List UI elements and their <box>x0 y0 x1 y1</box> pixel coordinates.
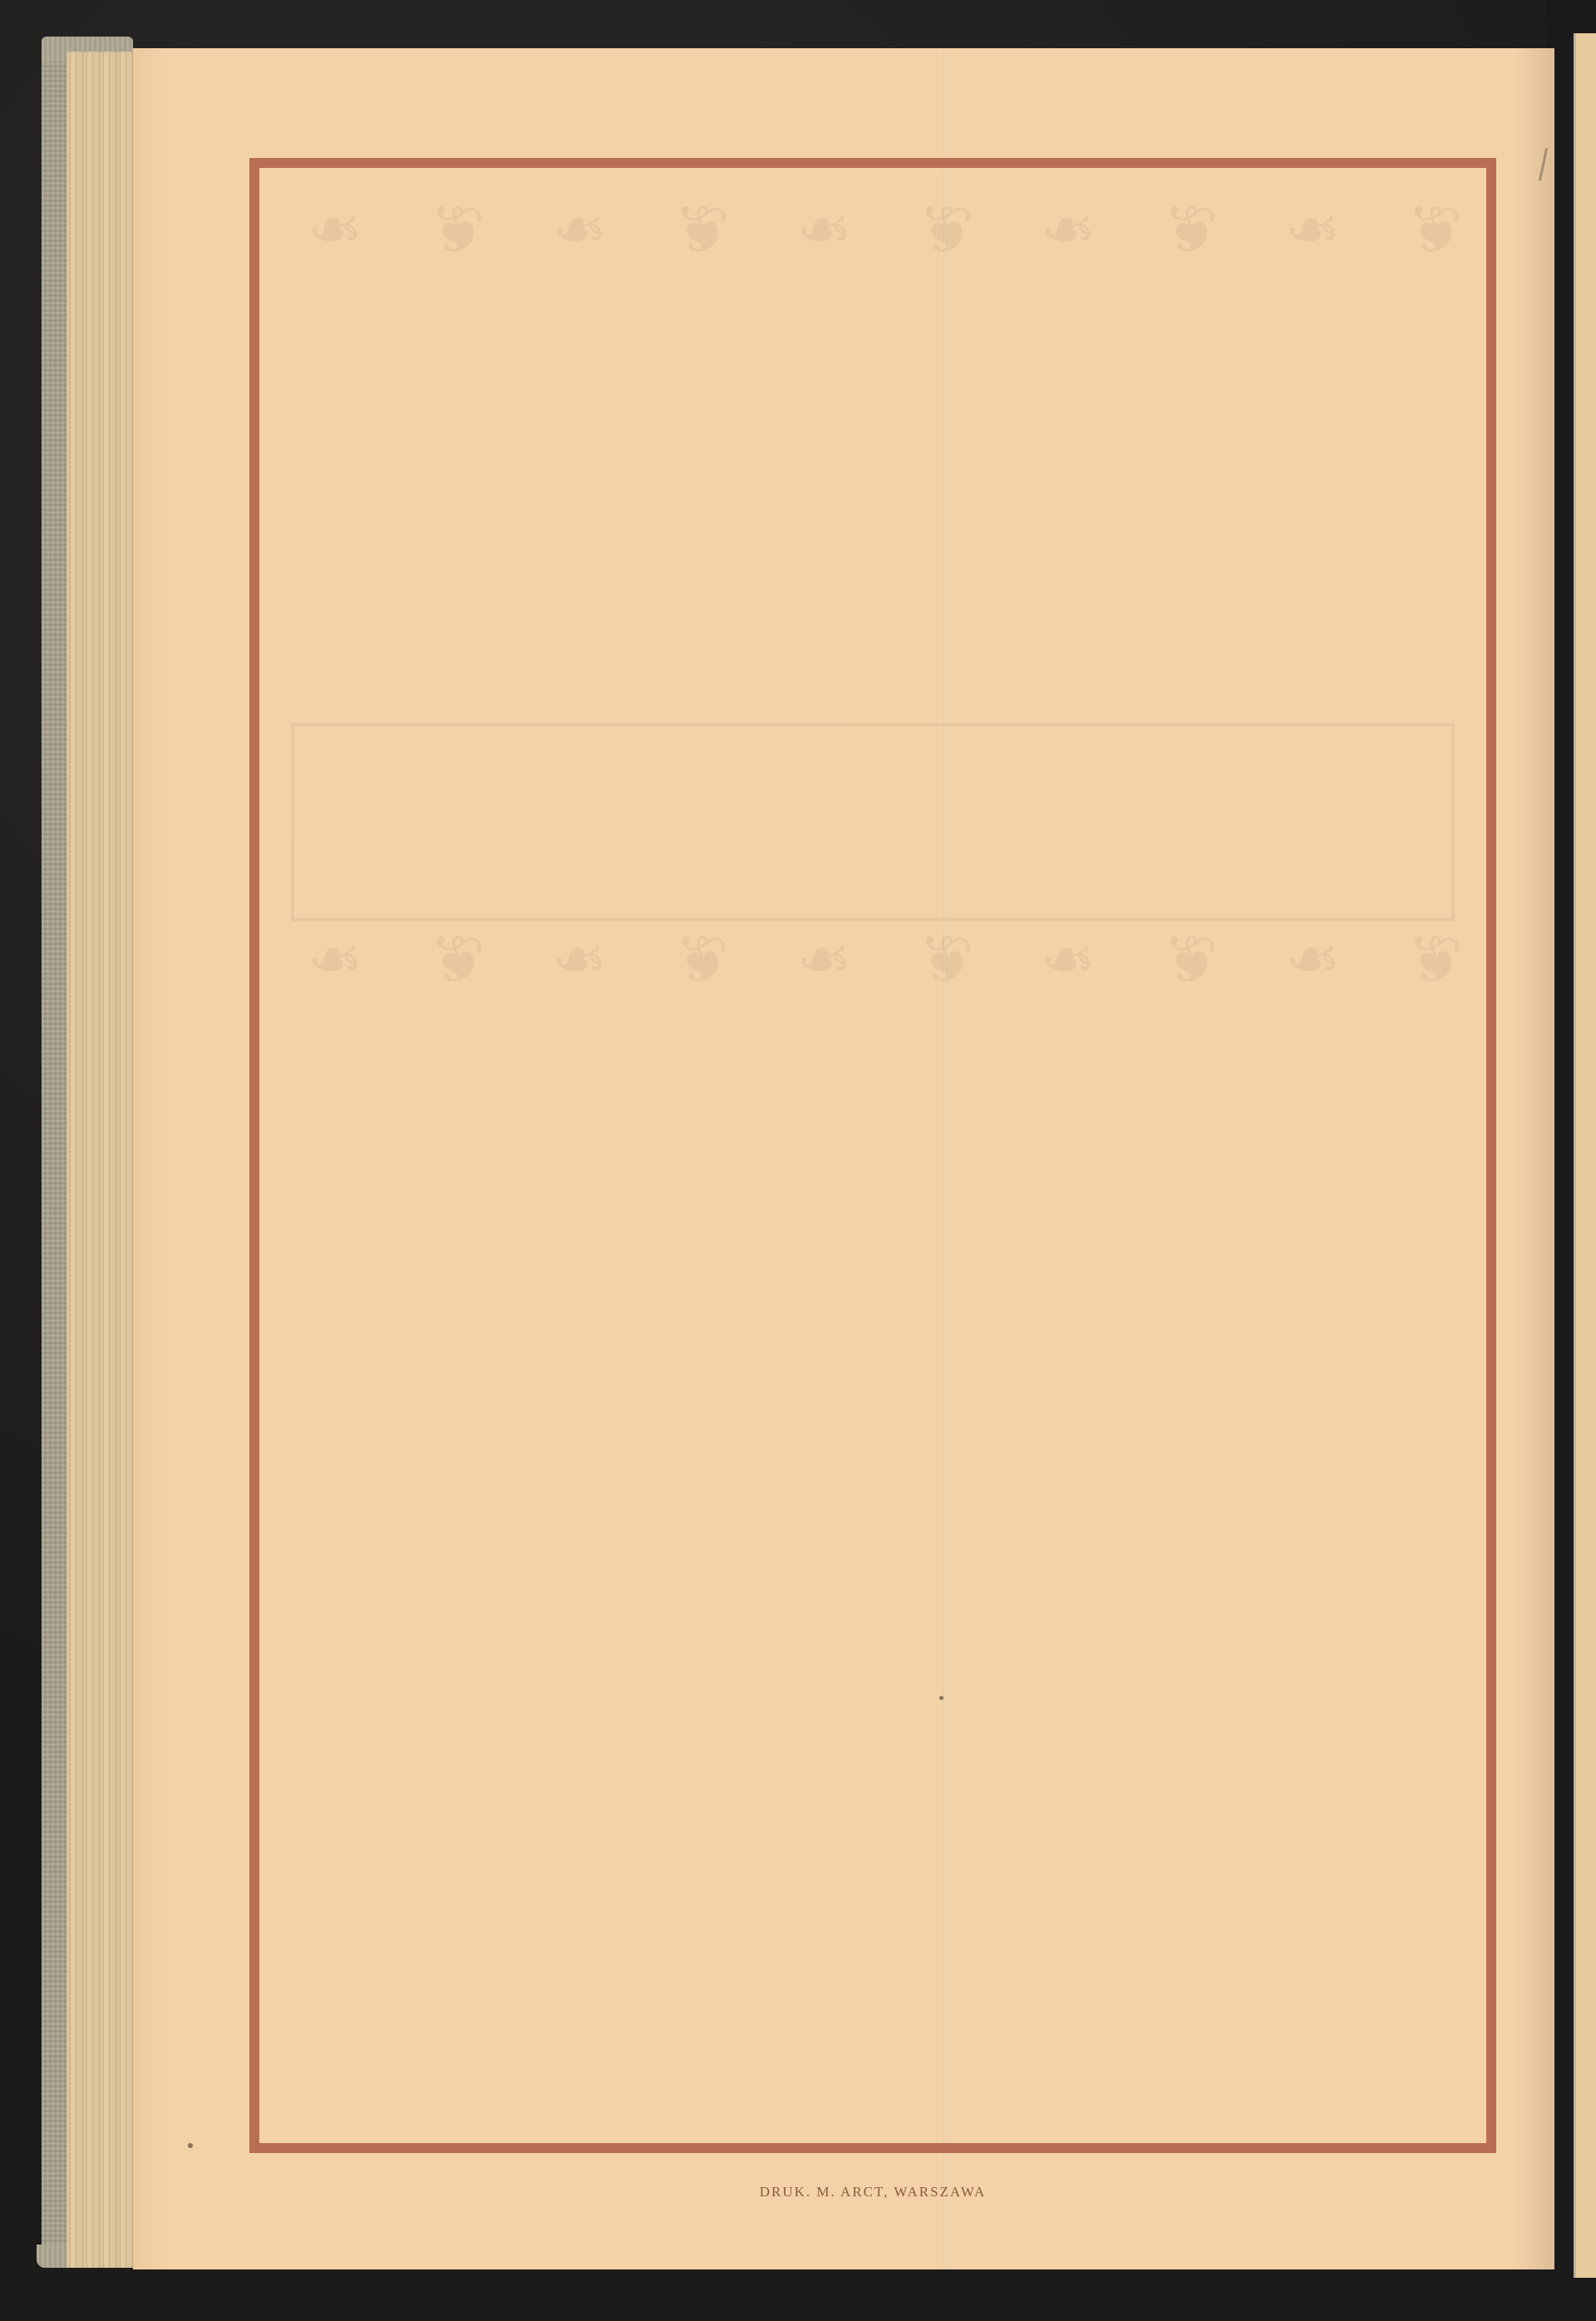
paper-speck <box>188 2143 193 2148</box>
page-block-edges <box>66 52 135 2268</box>
page-border-frame <box>249 158 1496 2153</box>
paper-speck <box>939 1696 943 1700</box>
printer-imprint: DRUK. M. ARCT, WARSZAWA <box>0 2184 1596 2200</box>
adjacent-page-edge <box>1574 33 1596 2278</box>
